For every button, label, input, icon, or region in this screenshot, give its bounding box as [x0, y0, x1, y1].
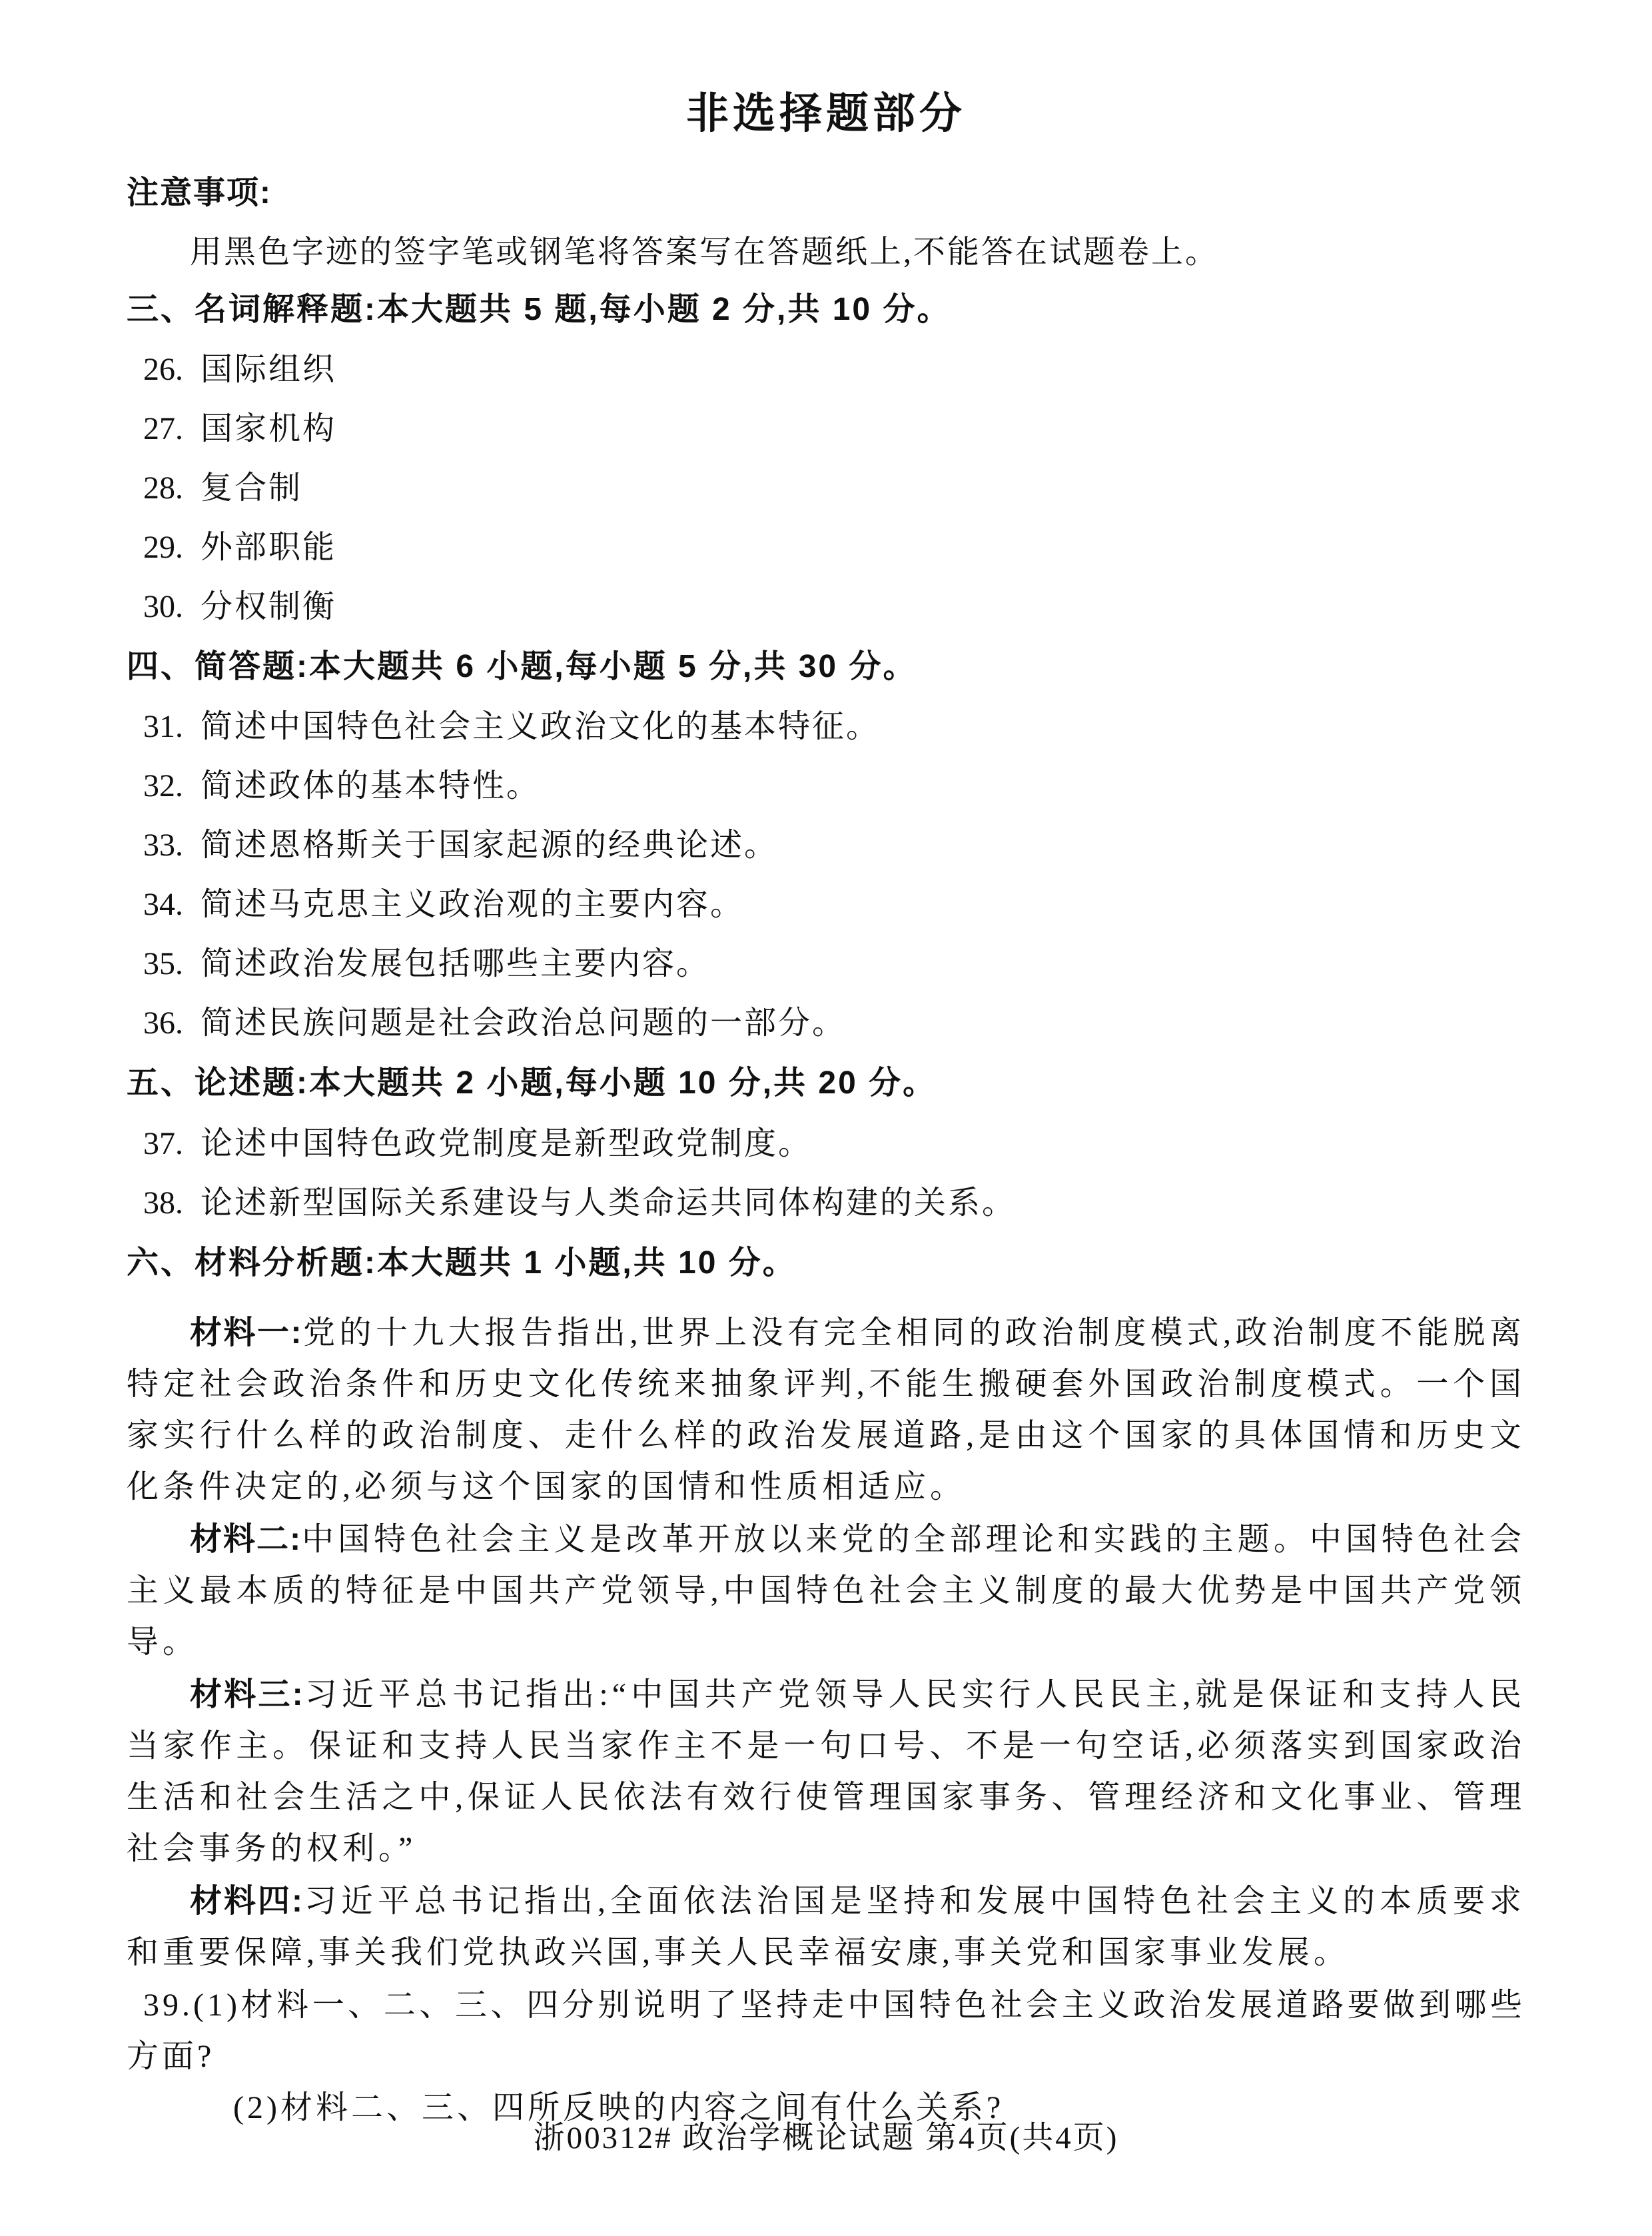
question-text: 外部职能 [201, 532, 336, 564]
question-number: 27. [143, 413, 201, 445]
section-5-heading: 五、论述题:本大题共 2 小题,每小题 10 分,共 20 分。 [127, 1067, 1525, 1100]
question-text: 简述民族问题是社会政治总问题的一部分。 [201, 1007, 846, 1039]
section-3-heading: 三、名词解释题:本大题共 5 题,每小题 2 分,共 10 分。 [127, 293, 1525, 326]
material-3-label: 材料三: [190, 1677, 304, 1712]
page-footer: 浙00312# 政治学概论试题 第4页(共4页) [0, 2113, 1652, 2157]
material-3: 材料三:习近平总书记指出:“中国共产党领导人民实行人民民主,就是保证和支持人民当… [127, 1669, 1525, 1874]
material-2-label: 材料二: [190, 1522, 302, 1557]
notice-text: 用黑色字迹的签字笔或钢笔将答案写在答题纸上,不能答在试题卷上。 [127, 235, 1525, 271]
material-1: 材料一:党的十九大报告指出,世界上没有完全相同的政治制度模式,政治制度不能脱离特… [127, 1307, 1525, 1512]
material-3-text: 习近平总书记指出:“中国共产党领导人民实行人民民主,就是保证和支持人民当家作主。… [127, 1677, 1525, 1866]
question-text: 国际组织 [201, 354, 336, 386]
question-26: 26. 国际组织 [127, 354, 1525, 386]
question-38: 38. 论述新型国际关系建设与人类命运共同体构建的关系。 [127, 1187, 1525, 1219]
material-1-text: 党的十九大报告指出,世界上没有完全相同的政治制度模式,政治制度不能脱离特定社会政… [127, 1315, 1525, 1504]
question-28: 28. 复合制 [127, 472, 1525, 504]
question-text: 简述中国特色社会主义政治文化的基本特征。 [201, 711, 880, 743]
question-text: 简述政体的基本特性。 [201, 770, 540, 802]
question-number: 34. [143, 889, 201, 921]
question-number: 29. [143, 532, 201, 564]
question-31: 31. 简述中国特色社会主义政治文化的基本特征。 [127, 711, 1525, 743]
question-29: 29. 外部职能 [127, 532, 1525, 564]
question-27: 27. 国家机构 [127, 413, 1525, 445]
material-4-label: 材料四: [190, 1884, 304, 1919]
question-number: 26. [143, 354, 201, 386]
question-34: 34. 简述马克思主义政治观的主要内容。 [127, 889, 1525, 921]
material-4: 材料四:习近平总书记指出,全面依法治国是坚持和发展中国特色社会主义的本质要求和重… [127, 1876, 1525, 1978]
section-6-heading: 六、材料分析题:本大题共 1 小题,共 10 分。 [127, 1247, 1525, 1280]
question-37: 37. 论述中国特色政党制度是新型政党制度。 [127, 1128, 1525, 1160]
question-text: 国家机构 [201, 413, 336, 445]
material-2: 材料二:中国特色社会主义是改革开放以来党的全部理论和实践的主题。中国特色社会主义… [127, 1514, 1525, 1668]
question-text: 简述政治发展包括哪些主要内容。 [201, 948, 710, 980]
question-text: 分权制衡 [201, 591, 336, 623]
material-2-text: 中国特色社会主义是改革开放以来党的全部理论和实践的主题。中国特色社会主义最本质的… [127, 1522, 1525, 1660]
question-number: 38. [143, 1187, 201, 1219]
question-number: 37. [143, 1128, 201, 1160]
section-4-heading: 四、简答题:本大题共 6 小题,每小题 5 分,共 30 分。 [127, 650, 1525, 684]
question-number: 35. [143, 948, 201, 980]
question-number: 32. [143, 770, 201, 802]
exam-page: 非选择题部分 注意事项: 用黑色字迹的签字笔或钢笔将答案写在答题纸上,不能答在试… [0, 0, 1652, 2236]
question-33: 33. 简述恩格斯关于国家起源的经典论述。 [127, 830, 1525, 861]
question-39-part1: 39.(1)材料一、二、三、四分别说明了坚持走中国特色社会主义政治发展道路要做到… [127, 1979, 1525, 2082]
material-4-text: 习近平总书记指出,全面依法治国是坚持和发展中国特色社会主义的本质要求和重要保障,… [127, 1884, 1525, 1970]
notice-heading: 注意事项: [127, 176, 1525, 211]
question-number: 28. [143, 472, 201, 504]
material-1-label: 材料一: [190, 1315, 302, 1351]
question-number: 33. [143, 830, 201, 861]
question-32: 32. 简述政体的基本特性。 [127, 770, 1525, 802]
page-title: 非选择题部分 [127, 92, 1525, 135]
question-text: 简述恩格斯关于国家起源的经典论述。 [201, 830, 778, 861]
question-30: 30. 分权制衡 [127, 591, 1525, 623]
question-number: 31. [143, 711, 201, 743]
question-text: 复合制 [201, 472, 302, 504]
question-36: 36. 简述民族问题是社会政治总问题的一部分。 [127, 1007, 1525, 1039]
question-35: 35. 简述政治发展包括哪些主要内容。 [127, 948, 1525, 980]
question-text: 简述马克思主义政治观的主要内容。 [201, 889, 744, 921]
question-number: 36. [143, 1007, 201, 1039]
question-number: 30. [143, 591, 201, 623]
question-text: 论述新型国际关系建设与人类命运共同体构建的关系。 [201, 1187, 1016, 1219]
question-text: 论述中国特色政党制度是新型政党制度。 [201, 1128, 812, 1160]
